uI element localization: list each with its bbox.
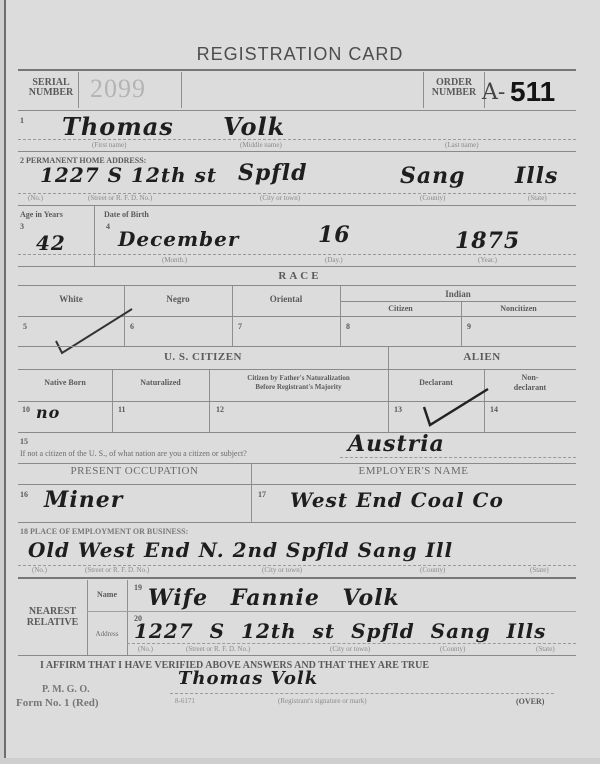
employment-place-heading: 18 PLACE OF EMPLOYMENT OR BUSINESS: xyxy=(20,527,188,536)
relative-name-label: Name xyxy=(87,590,127,599)
label-month: (Month.) xyxy=(162,256,187,264)
label-no: (No.) xyxy=(28,194,43,202)
dob-year: 1875 xyxy=(455,228,520,254)
non-declarant-label: Non- xyxy=(484,373,576,382)
field-number: 15 xyxy=(20,437,28,446)
divider xyxy=(18,139,576,140)
age-label: Age in Years xyxy=(20,210,63,219)
alien-heading: ALIEN xyxy=(388,351,576,363)
divider xyxy=(18,401,576,402)
naturalized-label: Naturalized xyxy=(112,378,209,387)
occupation-value: Miner xyxy=(44,487,123,513)
divider xyxy=(423,72,424,108)
label-no: (No.) xyxy=(138,645,153,653)
label-city: (City or town) xyxy=(330,645,370,653)
race-indian-citizen-label: Citizen xyxy=(340,304,461,313)
native-born-value: no xyxy=(36,403,60,422)
divider xyxy=(127,643,576,644)
divider xyxy=(18,369,576,370)
divider xyxy=(18,463,576,464)
label-day: (Day.) xyxy=(325,256,343,264)
label-city: (City or town) xyxy=(262,566,302,574)
registrant-signature: Thomas Volk xyxy=(178,668,318,689)
employment-place-value: Old West End N. 2nd Spfld Sang Ill xyxy=(28,538,453,562)
field-number: 19 xyxy=(134,583,142,592)
dob-day: 16 xyxy=(318,222,351,248)
nation-question: If not a citizen of the U. S., of what n… xyxy=(20,449,247,458)
home-address-city: Spfld xyxy=(238,160,307,186)
race-negro-label: Negro xyxy=(124,294,232,304)
employer-heading: EMPLOYER'S NAME xyxy=(251,465,576,477)
divider xyxy=(18,577,576,579)
dob-label: Date of Birth xyxy=(104,210,149,219)
field-number: 17 xyxy=(258,490,266,499)
non-declarant-label: declarant xyxy=(484,383,576,392)
divider xyxy=(181,72,182,108)
label-street: (Street or R. F. D. No.) xyxy=(88,194,152,202)
race-heading: RACE xyxy=(0,270,600,282)
divider xyxy=(18,266,576,267)
divider xyxy=(18,522,576,523)
form-number: Form No. 1 (Red) xyxy=(16,697,98,709)
signature-label: (Registrant's signature or mark) xyxy=(278,697,367,705)
field-number: 7 xyxy=(238,322,242,331)
divider xyxy=(78,72,79,108)
divider xyxy=(18,432,576,433)
label-no: (No.) xyxy=(32,566,47,574)
order-prefix: A- xyxy=(482,80,505,105)
serial-label: SERIALNUMBER xyxy=(27,78,75,98)
field-number: 12 xyxy=(216,405,224,414)
first-name-label: (First name) xyxy=(92,141,126,149)
employer-value: West End Coal Co xyxy=(290,488,504,512)
divider xyxy=(18,151,576,152)
field-number: 1 xyxy=(20,116,24,125)
form-office: P. M. G. O. xyxy=(42,684,90,695)
checkmark-icon xyxy=(48,305,138,357)
field-number: 5 xyxy=(23,322,27,331)
nearest-relative-heading: NEARESTRELATIVE xyxy=(18,606,87,628)
home-address-state: Ills xyxy=(515,163,558,189)
divider xyxy=(94,206,95,266)
divider xyxy=(18,110,576,111)
print-code: 8-6171 xyxy=(175,697,195,705)
before-majority-label: Before Registrant's Majority xyxy=(209,383,388,391)
relative-address-label: Address xyxy=(87,630,127,638)
field-number: 3 xyxy=(20,222,24,231)
race-indian-noncitizen-label: Noncitizen xyxy=(461,304,576,313)
relative-address-value: 1227 S 12th st Spfld Sang Ills xyxy=(134,619,546,643)
field-number: 11 xyxy=(118,405,126,414)
label-county: (County) xyxy=(440,645,465,653)
label-city: (City or town) xyxy=(260,194,300,202)
divider xyxy=(18,69,576,71)
native-born-label: Native Born xyxy=(18,378,112,387)
nation-value: Austria xyxy=(348,431,445,457)
race-oriental-label: Oriental xyxy=(232,294,340,304)
divider xyxy=(340,301,576,302)
field-number: 4 xyxy=(106,222,110,231)
field-number: 16 xyxy=(20,490,28,499)
divider xyxy=(18,346,576,347)
age-value: 42 xyxy=(36,231,66,255)
race-white-label: White xyxy=(18,294,124,304)
divider xyxy=(87,611,576,612)
divider xyxy=(18,484,576,485)
us-citizen-heading: U. S. CITIZEN xyxy=(18,351,388,363)
divider xyxy=(170,693,554,694)
divider xyxy=(18,254,576,255)
registrant-name: Thomas Volk xyxy=(62,112,285,141)
divider xyxy=(18,655,576,656)
last-name-label: (Last name) xyxy=(445,141,479,149)
label-street: (Street or R. F. D. No.) xyxy=(85,566,149,574)
home-address-county: Sang xyxy=(400,163,466,189)
label-state: (State) xyxy=(528,194,547,202)
label-street: (Street or R. F. D. No.) xyxy=(186,645,250,653)
label-county: (County) xyxy=(420,566,445,574)
card-title: REGISTRATION CARD xyxy=(0,44,600,65)
order-label: ORDERNUMBER xyxy=(428,78,480,98)
field-number: 10 xyxy=(22,405,30,414)
race-indian-label: Indian xyxy=(340,289,576,299)
relative-name-value: Wife Fannie Volk xyxy=(148,585,400,611)
divider xyxy=(18,205,576,206)
field-number: 8 xyxy=(346,322,350,331)
home-address-street: 1227 S 12th st xyxy=(40,163,217,187)
label-state: (State) xyxy=(536,645,555,653)
field-number: 9 xyxy=(467,322,471,331)
order-number: 511 xyxy=(510,76,555,108)
label-county: (County) xyxy=(420,194,445,202)
dob-month: December xyxy=(118,227,239,251)
middle-name-label: (Middle name) xyxy=(240,141,282,149)
over-label: (OVER) xyxy=(516,697,544,706)
divider xyxy=(340,457,576,458)
occupation-heading: PRESENT OCCUPATION xyxy=(18,465,251,477)
label-year: (Year.) xyxy=(478,256,497,264)
father-naturalization-label: Citizen by Father's Naturalization xyxy=(209,374,388,382)
label-state: (State) xyxy=(530,566,549,574)
serial-number: 2099 xyxy=(90,74,146,104)
field-number: 13 xyxy=(394,405,402,414)
divider xyxy=(18,285,576,286)
checkmark-icon xyxy=(420,385,492,430)
